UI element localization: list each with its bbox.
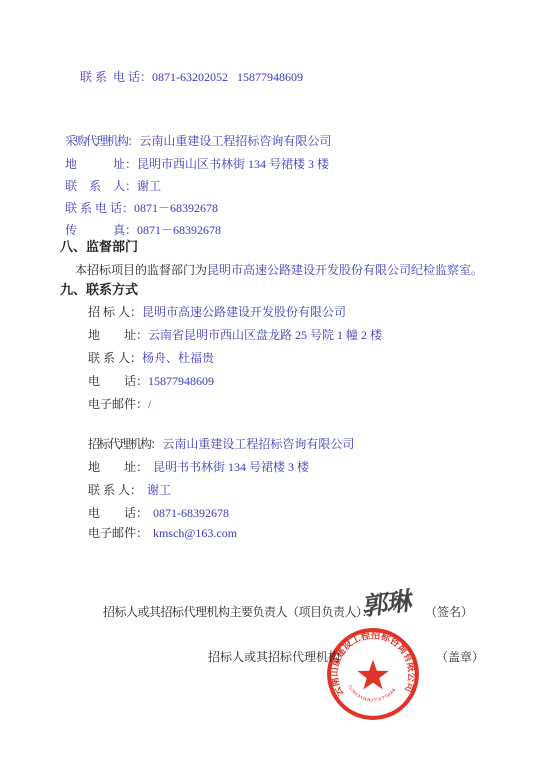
field-label: 地 址： [65,157,137,171]
tender-agent-row: 招标代理机构：云南山重建设工程招标咨询有限公司 [88,437,354,451]
procurement-agency-row: 采购代理机构：云南山重建设工程招标咨询有限公司 [65,134,331,148]
field-label: 电 话： [88,506,148,520]
handwritten-signature: 郭琳 [363,581,414,624]
procurement-agency-row: 传 真：0871－68392678 [65,223,221,237]
field-value: kmsch@163.com [148,526,237,540]
tender-agent-row: 地 址：昆明书书林街 134 号裙楼 3 楼 [88,460,309,474]
field-label: 电 话： [88,374,148,388]
section-8-body: 本招标项目的监督部门为昆明市高速公路建设开发股份有限公司纪检监察室。 [75,263,483,277]
field-label: 传 真： [65,223,137,237]
field-value: 0871－68392678 [137,223,221,237]
tender-agent-row: 联 系 人：谢工 [88,483,171,497]
signature-line-prefix: 招标人或其招标代理机构主要负责人（项目负责人）： [103,605,373,619]
field-label: 招 标 人： [88,305,142,319]
field-value: 0871-63202052 15877948609 [152,70,303,84]
procurement-agency-row: 联 系 电 话：0871－68392678 [65,201,218,215]
field-value: 谢工 [142,483,171,497]
field-value: 0871－68392678 [134,201,218,215]
field-value: 云南山重建设工程招标咨询有限公司 [162,437,354,451]
signature-line-suffix: （签名） [425,605,473,619]
field-label: 招标代理机构： [88,437,161,451]
field-value: 云南山重建设工程招标咨询有限公司 [139,134,331,148]
field-value: 0871-68392678 [148,506,229,520]
section-8-lead: 本招标项目的监督部门为 [75,263,207,277]
stamp-line-suffix: （盖章） [436,650,484,664]
field-value: 15877948609 [148,374,214,388]
tenderer-row: 地 址：云南省昆明市西山区盘龙路 25 号院 1 幢 2 楼 [88,328,382,342]
contact-phone-line: 联 系 电 话：0871-63202052 15877948609 [80,70,303,84]
field-value: 杨舟、杜福贵 [142,351,214,365]
company-seal-stamp: 云南山重建设工程招标咨询有限公司 5301000737504 [325,626,421,722]
stamp-line-prefix: 招标人或其招标代理机构 [208,650,340,664]
field-value: 昆明书书林街 134 号裙楼 3 楼 [148,460,309,474]
field-label: 地 址： [88,460,148,474]
field-label: 联 系 人： [88,351,142,365]
field-value: 云南省昆明市西山区盘龙路 25 号院 1 幢 2 楼 [148,328,382,342]
tenderer-row: 联 系 人：杨舟、杜福贵 [88,351,214,365]
field-value: 昆明市高速公路建设开发股份有限公司 [142,305,346,319]
tender-agent-row: 电子邮件：kmsch@163.com [88,526,237,540]
field-label: 采购代理机构： [65,134,138,148]
procurement-agency-row: 联 系 人：谢工 [65,179,161,193]
section-8-value: 昆明市高速公路建设开发股份有限公司纪检监察室。 [207,263,483,277]
section-9-heading: 九、联系方式 [60,283,138,297]
field-value: 昆明市西山区书林街 134 号裙楼 3 楼 [137,157,329,171]
field-label: 联 系 电 话： [65,201,134,215]
tender-agent-row: 电 话：0871-68392678 [88,506,229,520]
field-label: 联 系 电 话： [80,70,152,84]
field-label: 联 系 人： [65,179,137,193]
red-star-icon [357,660,388,690]
field-value: / [148,397,151,411]
tenderer-row: 电 话：15877948609 [88,374,214,388]
tenderer-row: 电子邮件：/ [88,397,151,411]
section-8-heading: 八、监督部门 [60,240,138,254]
field-label: 地 址： [88,328,148,342]
document-page: 联 系 电 话：0871-63202052 15877948609 采购代理机构… [0,0,554,783]
procurement-agency-row: 地 址：昆明市西山区书林街 134 号裙楼 3 楼 [65,157,329,171]
field-label: 联 系 人： [88,483,142,497]
tenderer-row: 招 标 人：昆明市高速公路建设开发股份有限公司 [88,305,346,319]
seal-serial-number: 5301000737504 [347,684,397,703]
field-label: 电子邮件： [88,397,148,411]
field-value: 谢工 [137,179,161,193]
field-label: 电子邮件： [88,526,148,540]
